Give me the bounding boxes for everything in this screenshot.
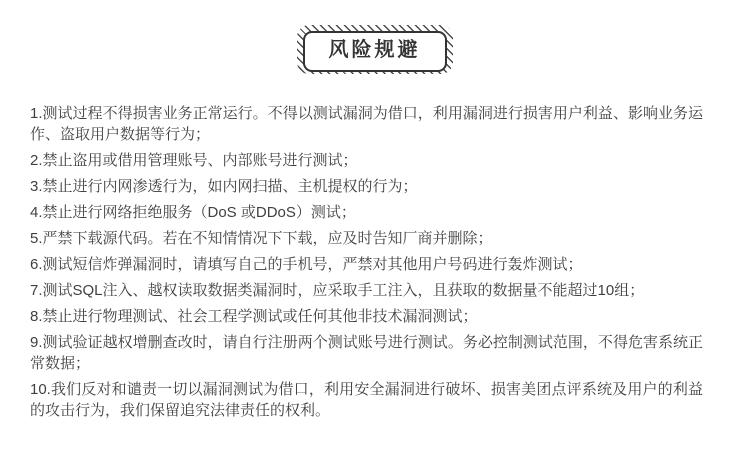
rule-item-8: 8.禁止进行物理测试、社会工程学测试或任何其他非技术漏洞测试； (30, 306, 703, 327)
rule-item-9: 9.测试验证越权增删查改时，请自行注册两个测试账号进行测试。务必控制测试范围，不… (30, 332, 703, 374)
title-box-hatch-shadow: 风险规避 (297, 25, 453, 74)
rule-item-10: 10.我们反对和谴责一切以漏洞测试为借口，利用安全漏洞进行破坏、损害美团点评系统… (30, 379, 703, 421)
title-box: 风险规避 (303, 31, 447, 72)
rule-item-1: 1.测试过程不得损害业务正常运行。不得以测试漏洞为借口，利用漏洞进行损害用户利益… (30, 103, 703, 145)
rule-item-2: 2.禁止盗用或借用管理账号、内部账号进行测试； (30, 150, 703, 171)
title-row: 风险规避 (9, 0, 731, 74)
page-title: 风险规避 (329, 37, 421, 64)
page: 风险规避 1.测试过程不得损害业务正常运行。不得以测试漏洞为借口，利用漏洞进行损… (0, 0, 731, 452)
rule-item-5: 5.严禁下载源代码。若在不知情情况下下载，应及时告知厂商并删除； (30, 228, 703, 249)
rule-item-3: 3.禁止进行内网渗透行为，如内网扫描、主机提权的行为； (30, 176, 703, 197)
rules-list: 1.测试过程不得损害业务正常运行。不得以测试漏洞为借口，利用漏洞进行损害用户利益… (0, 103, 731, 421)
rule-item-7: 7.测试SQL注入、越权读取数据类漏洞时，应采取手工注入，且获取的数据量不能超过… (30, 280, 703, 301)
rule-item-4: 4.禁止进行网络拒绝服务（DoS 或DDoS）测试； (30, 202, 703, 223)
rule-item-6: 6.测试短信炸弹漏洞时，请填写自己的手机号，严禁对其他用户号码进行轰炸测试； (30, 254, 703, 275)
